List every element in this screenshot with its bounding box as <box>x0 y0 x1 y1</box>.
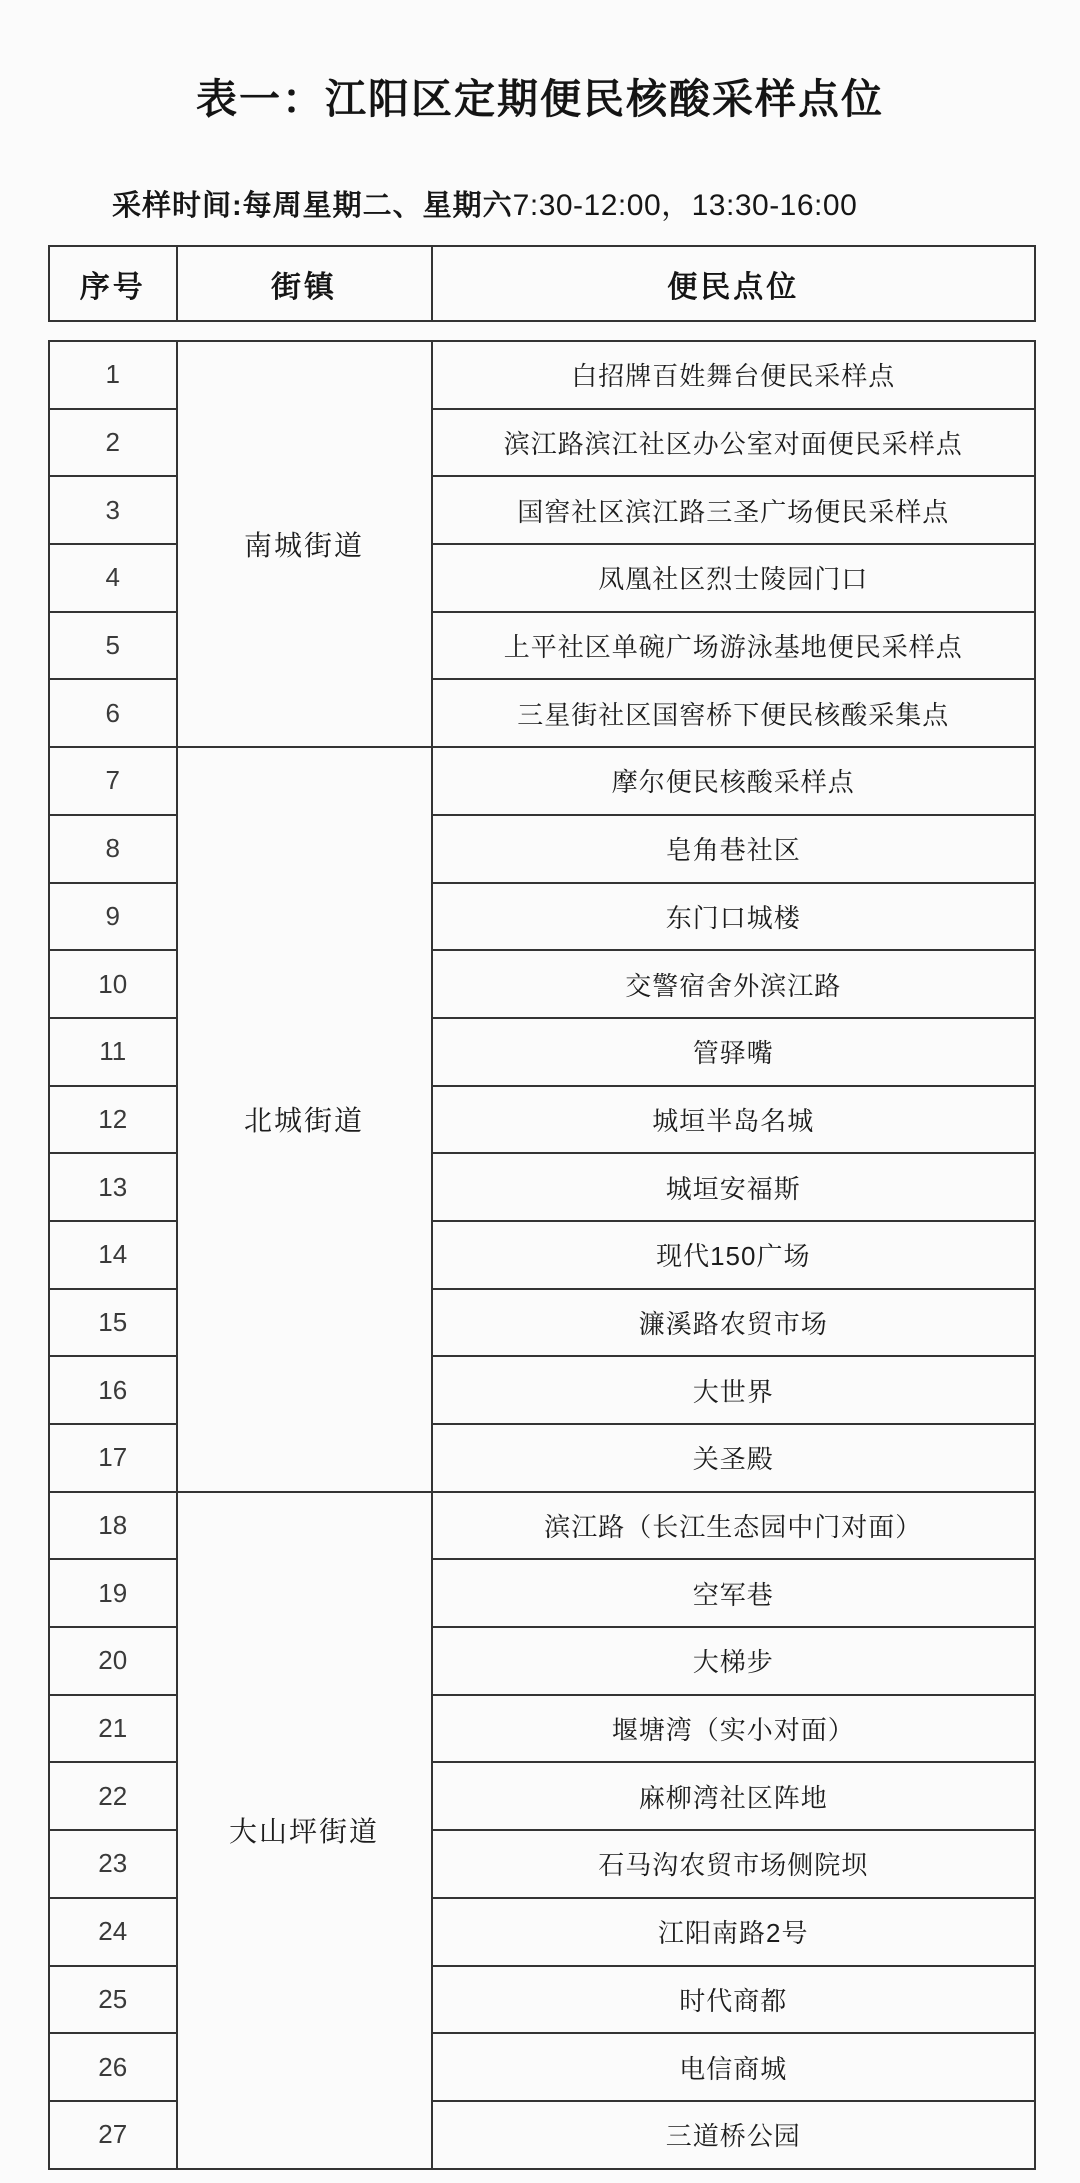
point-cell: 凤凰社区烈士陵园门口 <box>432 544 1035 612</box>
point-cell: 管驿嘴 <box>432 1018 1035 1086</box>
sampling-time-label: 采样时间:每周星期二、星期六 <box>112 190 513 222</box>
row-number-cell: 13 <box>49 1153 177 1221</box>
point-cell: 关圣殿 <box>432 1424 1035 1492</box>
point-cell: 现代150广场 <box>432 1221 1035 1289</box>
row-number-cell: 4 <box>49 544 177 612</box>
point-cell: 摩尔便民核酸采样点 <box>432 747 1035 815</box>
point-cell: 白招牌百姓舞台便民采样点 <box>432 341 1035 409</box>
row-number-cell: 25 <box>49 1966 177 2034</box>
point-cell: 城垣半岛名城 <box>432 1086 1035 1154</box>
header-row: 序号 街镇 便民点位 <box>49 246 1035 321</box>
row-number-cell: 16 <box>49 1356 177 1424</box>
row-number-cell: 17 <box>49 1424 177 1492</box>
table-row: 1 南城街道 白招牌百姓舞台便民采样点 <box>49 341 1035 409</box>
row-number-cell: 15 <box>49 1289 177 1357</box>
point-cell: 滨江路（长江生态园中门对面） <box>432 1492 1035 1560</box>
point-cell: 交警宿舍外滨江路 <box>432 950 1035 1018</box>
row-number-cell: 1 <box>49 341 177 409</box>
point-cell: 上平社区单碗广场游泳基地便民采样点 <box>432 612 1035 680</box>
row-number-cell: 19 <box>49 1559 177 1627</box>
sampling-time-values: 7:30-12:00，13:30-16:00 <box>513 189 858 222</box>
point-cell: 时代商都 <box>432 1966 1035 2034</box>
town-group-cell: 南城街道 <box>177 341 432 747</box>
row-number-cell: 21 <box>49 1695 177 1763</box>
point-cell: 空军巷 <box>432 1559 1035 1627</box>
row-number-cell: 20 <box>49 1627 177 1695</box>
row-number-cell: 9 <box>49 883 177 951</box>
row-number-cell: 10 <box>49 950 177 1018</box>
point-cell: 国窖社区滨江路三圣广场便民采样点 <box>432 476 1035 544</box>
row-number-cell: 5 <box>49 612 177 680</box>
point-cell: 堰塘湾（实小对面） <box>432 1695 1035 1763</box>
point-cell: 麻柳湾社区阵地 <box>432 1762 1035 1830</box>
header-table: 序号 街镇 便民点位 <box>48 245 1036 322</box>
point-cell: 东门口城楼 <box>432 883 1035 951</box>
col-header-point: 便民点位 <box>432 246 1035 321</box>
row-number-cell: 14 <box>49 1221 177 1289</box>
document-page: 表一：江阳区定期便民核酸采样点位 采样时间:每周星期二、星期六7:30-12:0… <box>0 0 1080 2183</box>
point-cell: 大梯步 <box>432 1627 1035 1695</box>
row-number-cell: 12 <box>49 1086 177 1154</box>
point-cell: 皂角巷社区 <box>432 815 1035 883</box>
page-title: 表一：江阳区定期便民核酸采样点位 <box>0 66 1080 125</box>
row-number-cell: 22 <box>49 1762 177 1830</box>
row-number-cell: 18 <box>49 1492 177 1560</box>
point-cell: 电信商城 <box>432 2033 1035 2101</box>
table-row: 18 大山坪街道 滨江路（长江生态园中门对面） <box>49 1492 1035 1560</box>
col-header-no: 序号 <box>49 246 177 321</box>
point-cell: 三道桥公园 <box>432 2101 1035 2169</box>
row-number-cell: 8 <box>49 815 177 883</box>
table-row: 7 北城街道 摩尔便民核酸采样点 <box>49 747 1035 815</box>
point-cell: 三星街社区国窖桥下便民核酸采集点 <box>432 679 1035 747</box>
row-number-cell: 24 <box>49 1898 177 1966</box>
sampling-time: 采样时间:每周星期二、星期六7:30-12:00，13:30-16:00 <box>112 180 857 224</box>
point-cell: 濂溪路农贸市场 <box>432 1289 1035 1357</box>
body-table: 1 南城街道 白招牌百姓舞台便民采样点 2 滨江路滨江社区办公室对面便民采样点 … <box>48 340 1036 2170</box>
point-cell: 城垣安福斯 <box>432 1153 1035 1221</box>
town-group-cell: 大山坪街道 <box>177 1492 432 2169</box>
row-number-cell: 11 <box>49 1018 177 1086</box>
row-number-cell: 23 <box>49 1830 177 1898</box>
row-number-cell: 3 <box>49 476 177 544</box>
point-cell: 石马沟农贸市场侧院坝 <box>432 1830 1035 1898</box>
point-cell: 大世界 <box>432 1356 1035 1424</box>
row-number-cell: 7 <box>49 747 177 815</box>
row-number-cell: 26 <box>49 2033 177 2101</box>
point-cell: 江阳南路2号 <box>432 1898 1035 1966</box>
point-cell: 滨江路滨江社区办公室对面便民采样点 <box>432 409 1035 477</box>
row-number-cell: 6 <box>49 679 177 747</box>
col-header-town: 街镇 <box>177 246 432 321</box>
row-number-cell: 27 <box>49 2101 177 2169</box>
row-number-cell: 2 <box>49 409 177 477</box>
town-group-cell: 北城街道 <box>177 747 432 1492</box>
